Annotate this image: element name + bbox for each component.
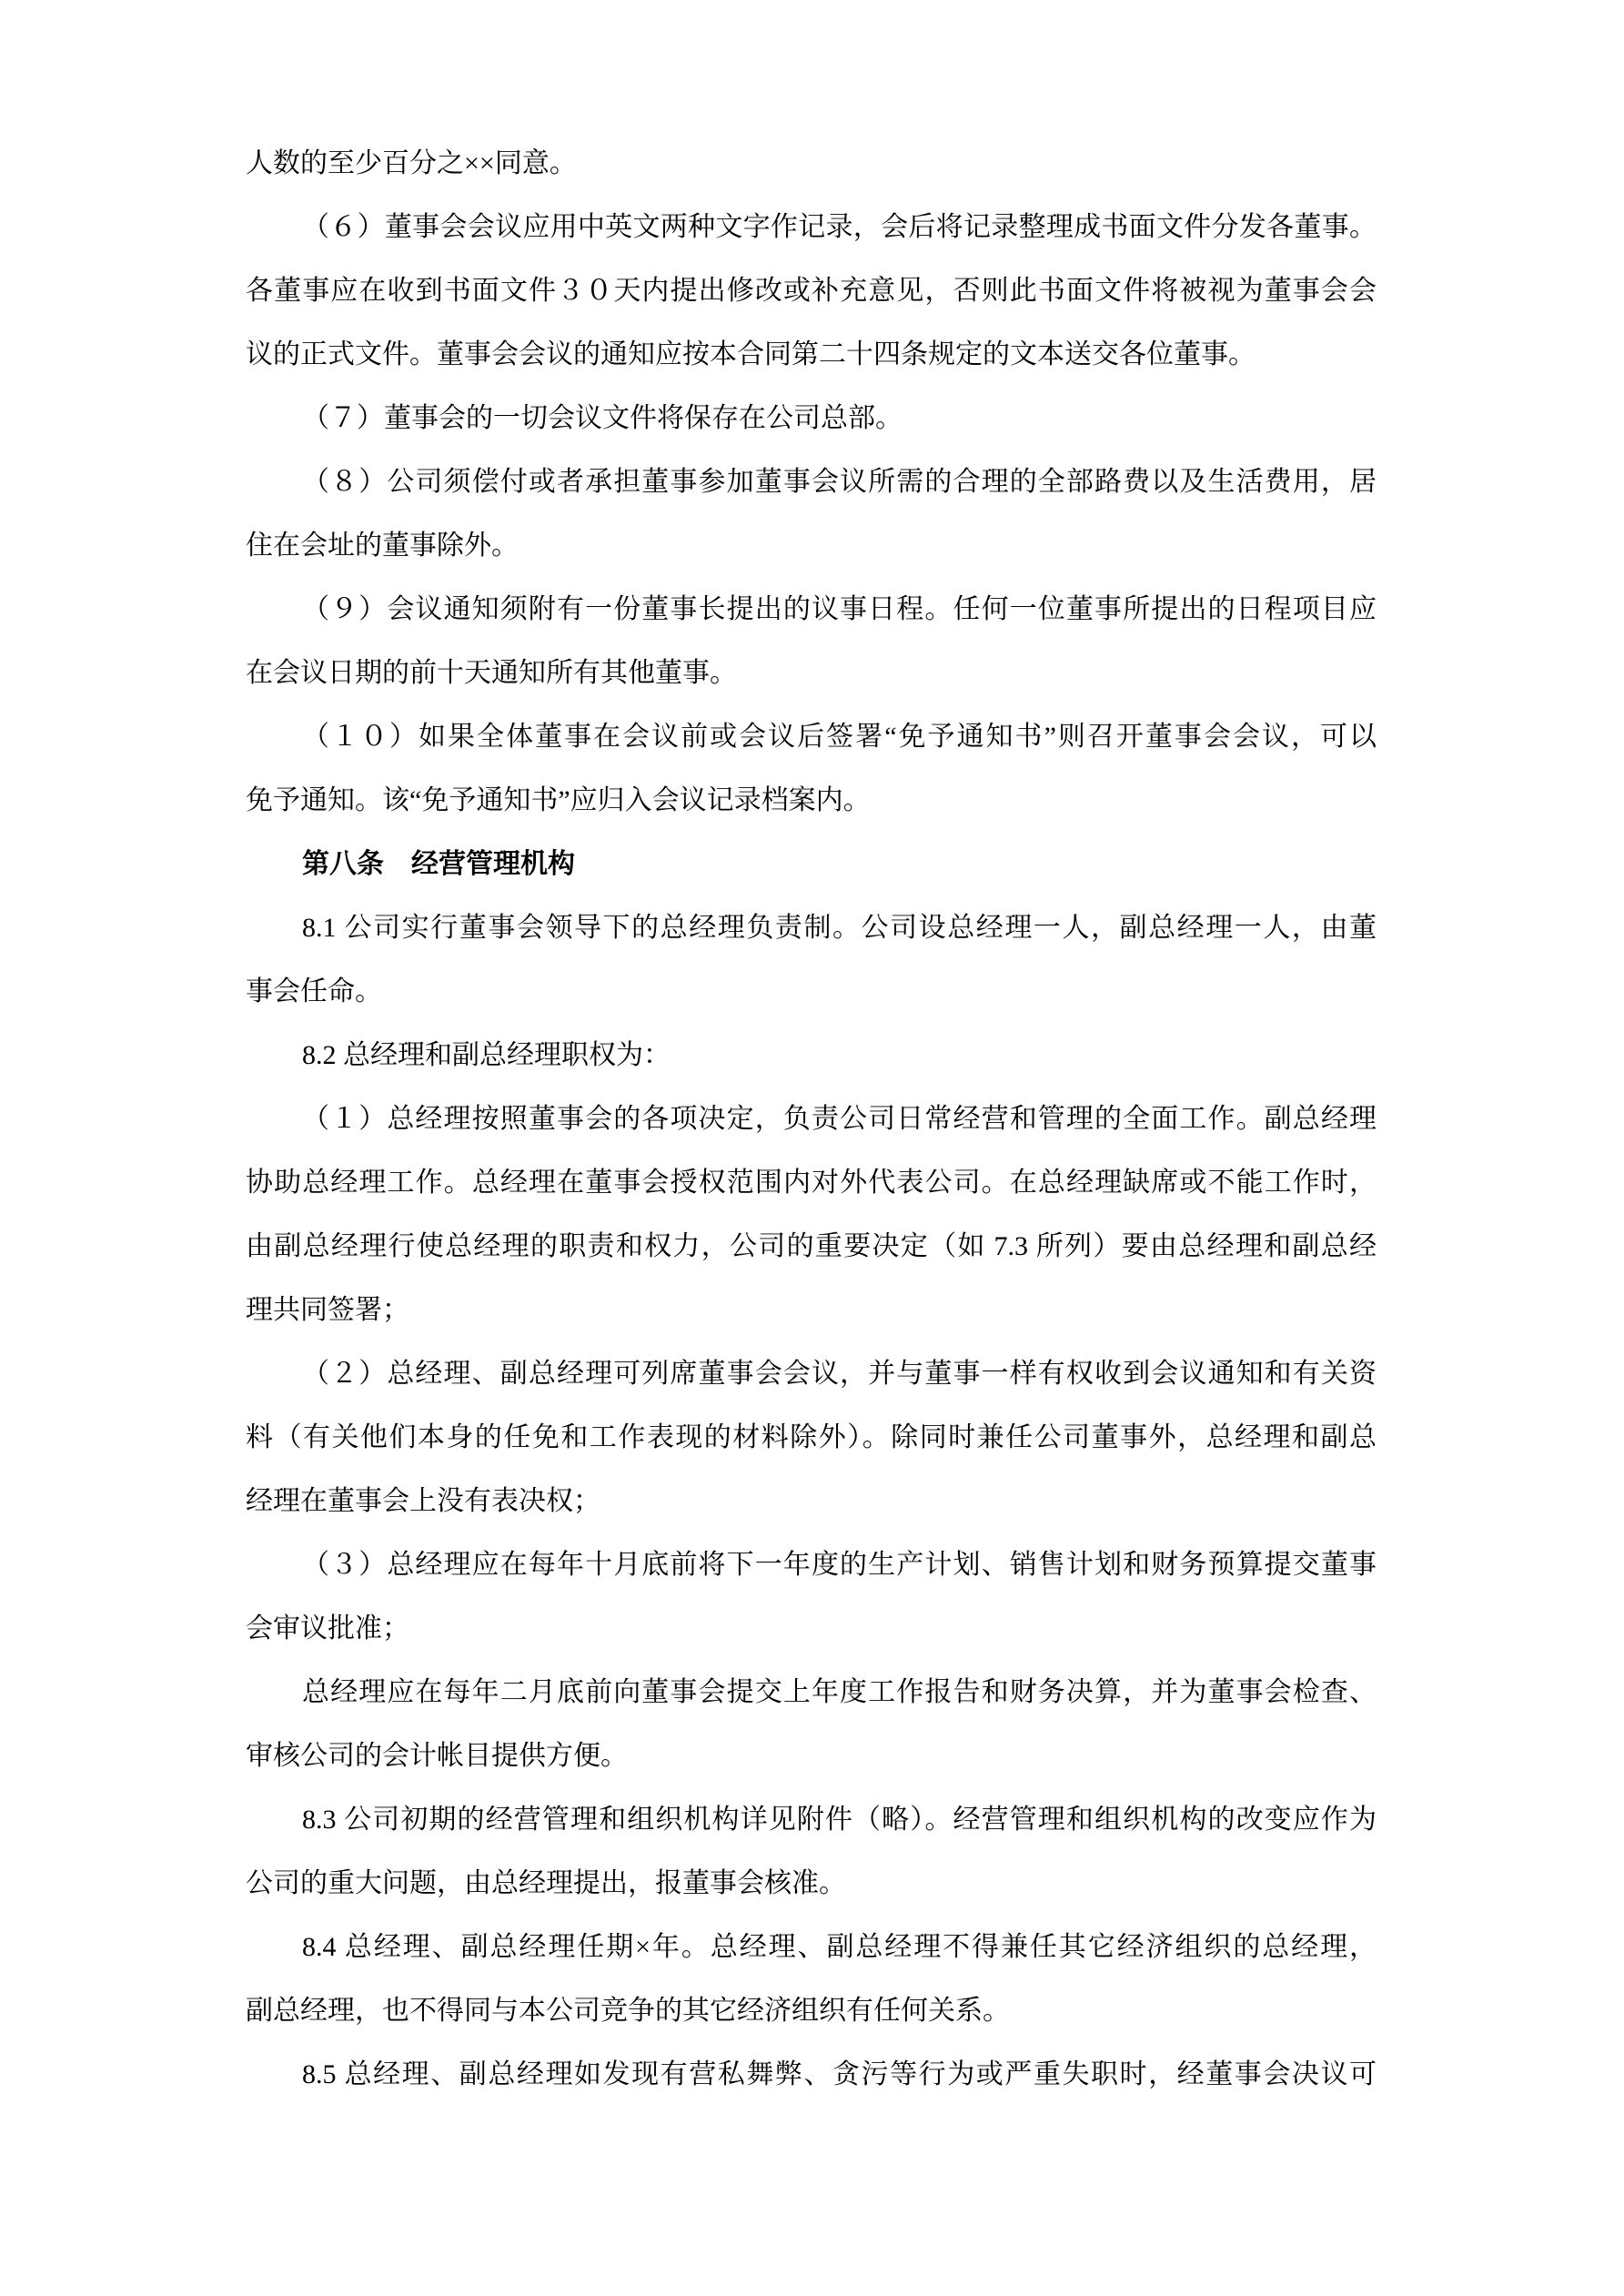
contract-line: 人数的至少百分之××同意。 (246, 132, 1377, 196)
contract-line: （３）总经理应在每年十月底前将下一年度的生产计划、销售计划和财务预算提交董事 (246, 1533, 1377, 1597)
contract-line: 经理在董事会上没有表决权； (246, 1470, 1377, 1533)
contract-line: 副总经理，也不得同与本公司竞争的其它经济组织有任何关系。 (246, 1979, 1377, 2043)
contract-line: 理共同签署； (246, 1279, 1377, 1342)
contract-line: 审核公司的会计帐目提供方便。 (246, 1725, 1377, 1788)
contract-line: 在会议日期的前十天通知所有其他董事。 (246, 642, 1377, 705)
contract-line: （１）总经理按照董事会的各项决定，负责公司日常经营和管理的全面工作。副总经理 (246, 1087, 1377, 1151)
contract-line: 各董事应在收到书面文件３０天内提出修改或补充意见，否则此书面文件将被视为董事会会 (246, 259, 1377, 323)
contract-line: 料（有关他们本身的任免和工作表现的材料除外）。除同时兼任公司董事外，总经理和副总 (246, 1406, 1377, 1470)
contract-line: 8.5 总经理、副总经理如发现有营私舞弊、贪污等行为或严重失职时，经董事会决议可 (246, 2043, 1377, 2107)
contract-line: 事会任命。 (246, 960, 1377, 1024)
contract-line: （１０）如果全体董事在会议前或会议后签署“免予通知书”则召开董事会会议，可以 (246, 705, 1377, 769)
contract-line: （２）总经理、副总经理可列席董事会会议，并与董事一样有权收到会议通知和有关资 (246, 1342, 1377, 1406)
contract-line: 议的正式文件。董事会会议的通知应按本合同第二十四条规定的文本送交各位董事。 (246, 323, 1377, 387)
contract-line: （７）董事会的一切会议文件将保存在公司总部。 (246, 387, 1377, 450)
contract-line: （８）公司须偿付或者承担董事参加董事会议所需的合理的全部路费以及生活费用，居 (246, 450, 1377, 514)
contract-line: 住在会址的董事除外。 (246, 514, 1377, 578)
contract-line: 协助总经理工作。总经理在董事会授权范围内对外代表公司。在总经理缺席或不能工作时， (246, 1151, 1377, 1215)
contract-line: （９）会议通知须附有一份董事长提出的议事日程。任何一位董事所提出的日程项目应 (246, 578, 1377, 642)
contract-body: 人数的至少百分之××同意。 （６）董事会会议应用中英文两种文字作记录，会后将记录… (246, 132, 1377, 2107)
contract-line: 会审议批准； (246, 1597, 1377, 1661)
contract-page: 人数的至少百分之××同意。 （６）董事会会议应用中英文两种文字作记录，会后将记录… (0, 0, 1624, 2296)
contract-line: 8.1 公司实行董事会领导下的总经理负责制。公司设总经理一人，副总经理一人，由董 (246, 896, 1377, 960)
contract-line: 8.3 公司初期的经营管理和组织机构详见附件（略）。经营管理和组织机构的改变应作… (246, 1788, 1377, 1852)
contract-line: 公司的重大问题，由总经理提出，报董事会核准。 (246, 1852, 1377, 1916)
contract-line: 免予通知。该“免予通知书”应归入会议记录档案内。 (246, 769, 1377, 833)
section-heading: 第八条 经营管理机构 (246, 833, 1377, 896)
contract-line: 8.2 总经理和副总经理职权为： (246, 1024, 1377, 1087)
contract-line: 8.4 总经理、副总经理任期×年。总经理、副总经理不得兼任其它经济组织的总经理， (246, 1916, 1377, 1979)
contract-line: 由副总经理行使总经理的职责和权力，公司的重要决定（如 7.3 所列）要由总经理和… (246, 1215, 1377, 1279)
contract-line: （６）董事会会议应用中英文两种文字作记录，会后将记录整理成书面文件分发各董事。 (246, 196, 1377, 259)
contract-line: 总经理应在每年二月底前向董事会提交上年度工作报告和财务决算，并为董事会检查、 (246, 1661, 1377, 1725)
